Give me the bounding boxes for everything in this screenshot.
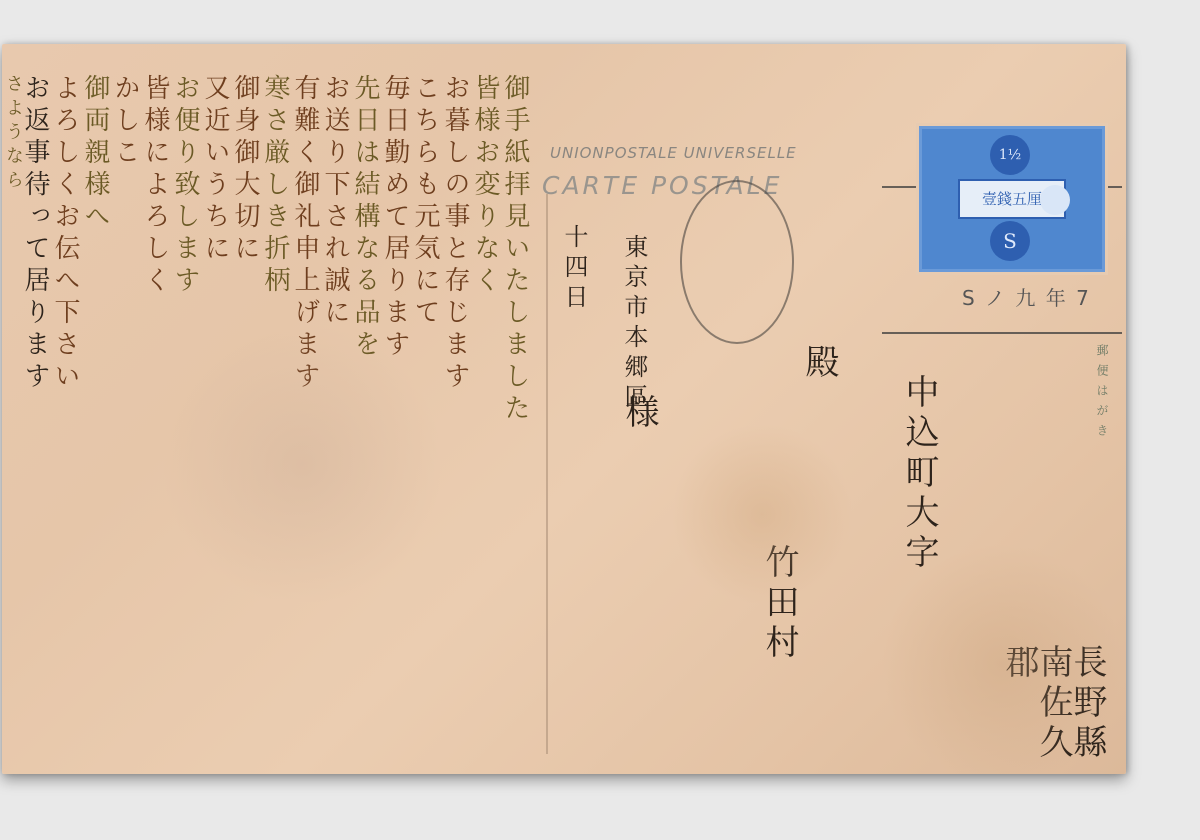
- address-line: 中込町大字: [902, 374, 936, 574]
- message-line: 又近いうちに: [202, 74, 228, 266]
- message-line: お暮しの事と存じます: [442, 74, 468, 394]
- message-address-divider: [546, 194, 548, 754]
- stamp-value: 1½: [990, 135, 1030, 175]
- message-line: お返事待って居ります: [22, 74, 48, 394]
- machine-cancel-text: S ノ 九 年 7: [962, 282, 1091, 311]
- upu-header: UNIONPOSTALE UNIVERSELLE: [550, 144, 797, 162]
- message-line: こちらも元気にて: [412, 74, 438, 330]
- postcard: UNIONPOSTALE UNIVERSELLE CARTE POSTALE 1…: [2, 44, 1126, 774]
- message-line: 皆様によろしく: [142, 74, 168, 298]
- address-line: 竹田村: [762, 544, 796, 664]
- message-line: よろしくお伝へ下さい: [52, 74, 78, 394]
- message-line: 毎日勤めて居ります: [382, 74, 408, 362]
- message-line: お便り致します: [172, 74, 198, 298]
- postage-stamp: 1½ 壹錢五厘 S: [919, 126, 1105, 272]
- round-postmark: [680, 180, 794, 344]
- message-line: 御手紙拝見いたしました: [502, 74, 528, 426]
- sender-line: 十四日: [562, 224, 586, 314]
- message-line: かしこ: [112, 74, 138, 170]
- message-line: さようなら: [4, 74, 22, 194]
- printer-mark: 郵便はがき: [1094, 344, 1111, 444]
- message-line: 先日は結構なる品を: [352, 74, 378, 362]
- address-line: 殿: [802, 344, 836, 384]
- message-line: 有難く御礼申上げます: [292, 74, 318, 394]
- message-line: お送り下され誠に: [322, 74, 348, 330]
- stamp-letter: S: [990, 221, 1030, 261]
- sender-line: 東京市本郷區: [622, 234, 646, 414]
- message-line: 皆様お変りなく: [472, 74, 498, 298]
- message-line: 御両親様へ: [82, 74, 108, 234]
- chrysanthemum-icon: [1040, 185, 1070, 215]
- message-line: 御身御大切に: [232, 74, 258, 266]
- address-line: 長野縣南佐久郡: [1002, 644, 1104, 774]
- message-line: 寒さ厳しき折柄: [262, 74, 288, 298]
